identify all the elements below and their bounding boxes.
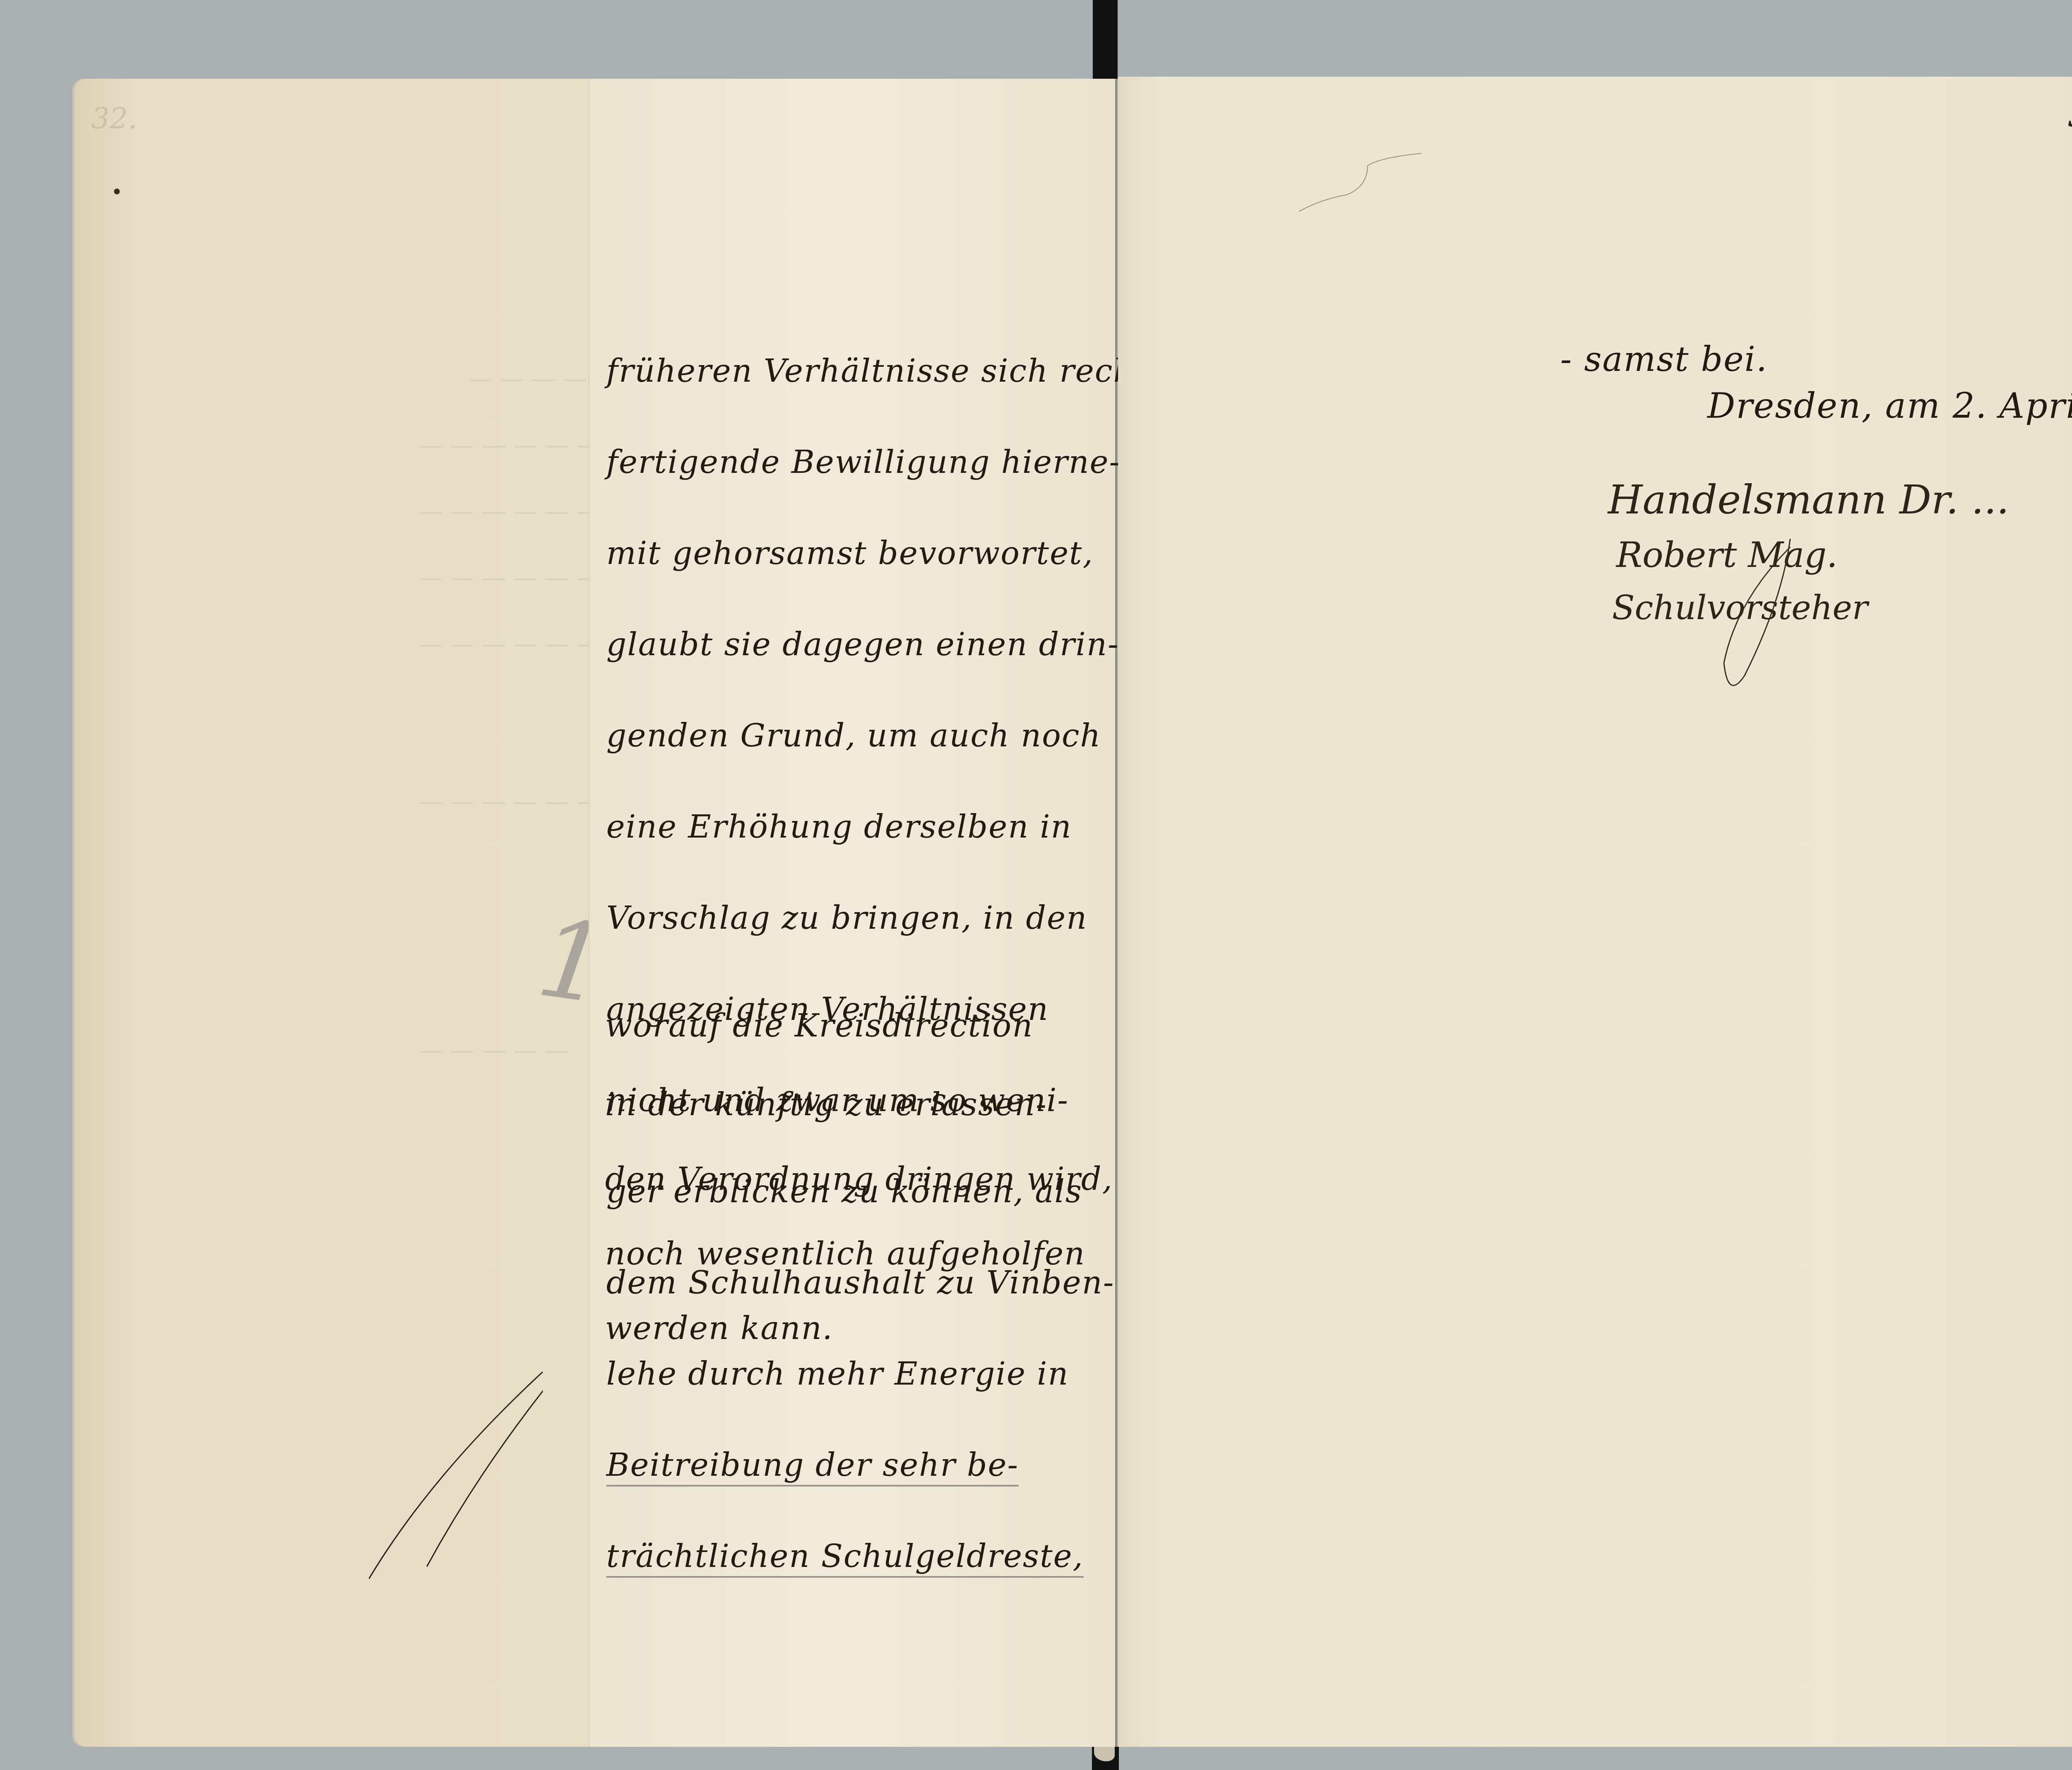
paper-fiber [1297,149,1421,224]
text-line: worauf die Kreisdirection [605,1007,1034,1044]
folio-leaf: früheren Verhältnisse sich recht- fertig… [588,79,1117,1747]
right-page [1118,77,2072,1747]
text-line: genden Grund, um auch noch [606,717,1101,754]
text-line: den Verordnung dringen wird, [605,1160,1113,1197]
text-line: lehe durch mehr Energie in [606,1355,1069,1392]
signature-flourish [1720,539,1794,696]
binding-thread [1094,1747,1115,1761]
ink-strokes [369,1372,543,1579]
text-line: werden kann. [605,1310,833,1346]
signature-line: Handelsmann Dr. ... [1608,477,2009,523]
text-line-underlined: Beitreibung der sehr be- [606,1446,1019,1487]
text-line: in der künftig zu erlassen- [605,1086,1047,1123]
place-date: Dresden, am 2. April 1859. [1707,385,2072,426]
text-line: Vorschlag zu bringen, in den [606,899,1087,936]
ink-spot [114,189,120,194]
text-line: früheren Verhältnisse sich recht- [606,352,1159,389]
right-page-number: 33. [2068,97,2072,135]
left-page-number: 32. [91,102,137,136]
text-line: eine Erhöhung derselben in [606,808,1072,845]
text-line-underlined: trächtlichen Schulgeldreste, [606,1538,1084,1578]
closing-line: - samst bei. [1560,340,1768,379]
binding-strip-bottom [1092,1747,1119,1770]
text-line: mit gehorsamst bevorwortet, [606,535,1094,571]
text-line: fertigende Bewilligung hierne- [606,443,1121,480]
text-line: glaubt sie dagegen einen drin- [606,626,1119,663]
binding-strip-top [1093,0,1118,79]
text-line: noch wesentlich aufgeholfen [605,1235,1085,1272]
